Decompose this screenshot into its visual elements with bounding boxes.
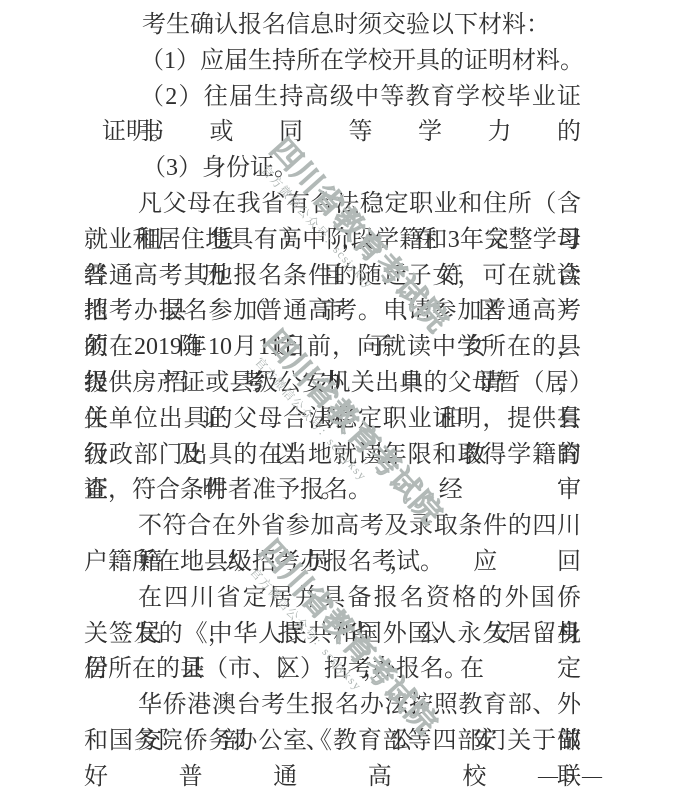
document-line: 招考办报名参加普通高考。申请参加普通高考的随迁子女， — [84, 294, 581, 330]
document-line: 在四川省定居并具备报名资格的外国侨民，持省公安机 — [84, 581, 581, 617]
page-number: — 5 — — [538, 765, 603, 788]
document-line: （3）身份证。 — [84, 151, 581, 187]
document-line: 关单位出具的父母合法稳定职业证明，提供县级及以上教育 — [84, 402, 581, 438]
document-line: 华侨港澳台考生报名办法按照教育部、外交部、公安部 — [84, 688, 581, 724]
document-line: 普通高考其他报名条件的随迁子女，可在就读地县（市、区） — [84, 259, 581, 295]
document-body: 考生确认报名信息时须交验以下材料：（1）应届生持所在学校开具的证明材料。（2）往… — [84, 8, 581, 760]
scanned-document-page: 考生确认报名信息时须交验以下材料：（1）应届生持所在学校开具的证明材料。（2）往… — [0, 0, 680, 800]
document-line: 考生确认报名信息时须交验以下材料： — [84, 8, 581, 44]
document-line: （1）应届生持所在学校开具的证明材料。 — [84, 44, 581, 80]
document-line: 凡父母在我省有合法稳定职业和住所（含租赁），在父母 — [84, 187, 581, 223]
document-line: 提供房产证或县级公安机关出具的父母暂（居）住证明和有 — [84, 366, 581, 402]
document-line: 行政部门出具的在当地就读年限和取得学籍的证明。经审 — [84, 438, 581, 474]
document-line: 不符合在外省参加高考及录取条件的四川籍人员，应回 — [84, 509, 581, 545]
document-line: （2）往届生持高级中等教育学校毕业证书或同等学力的 — [84, 80, 581, 116]
document-line: 就业和居住地具有高中阶段学籍和3年完整学习经历且符合 — [84, 223, 581, 259]
document-line: 须在2019年10月11日前，向就读中学所在的县级招考办申请， — [84, 330, 581, 366]
document-line: 关签发的《中华人民共和国外国人永久居留身份证》，在定 — [84, 617, 581, 653]
document-line: 和国务院侨务办公室《教育部等四部门关于做好普通高校联 — [84, 724, 581, 760]
